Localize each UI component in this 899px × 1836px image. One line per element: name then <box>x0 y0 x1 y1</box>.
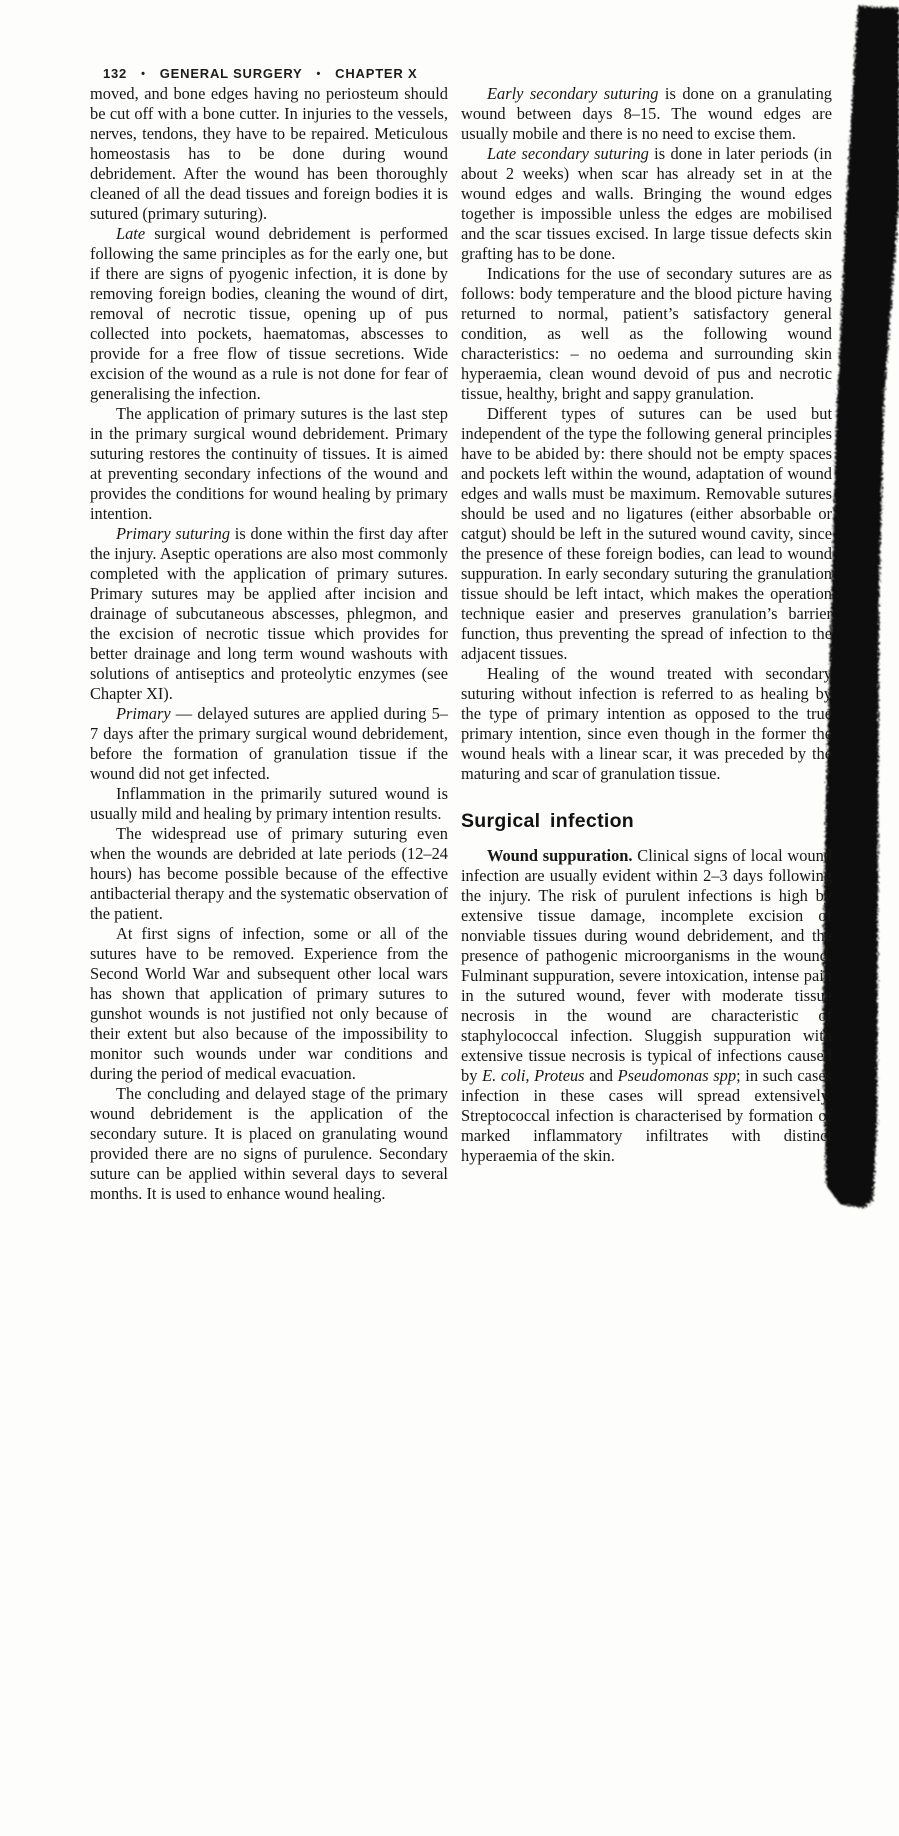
paragraph: Primary suturing is done within the firs… <box>90 524 448 704</box>
header-chapter-label: CHAPTER X <box>335 66 417 81</box>
header-bullet: • <box>141 68 146 80</box>
right-column: Early secondary suturing is done on a gr… <box>461 84 832 1204</box>
book-page-scan: 132•GENERAL SURGERY•CHAPTER X moved, and… <box>0 0 899 1836</box>
paragraph: Indications for the use of secondary sut… <box>461 264 832 404</box>
paragraph: Inflammation in the primarily sutured wo… <box>90 784 448 824</box>
paragraph: The application of primary sutures is th… <box>90 404 448 524</box>
italic-lead: Primary <box>116 704 171 723</box>
paragraph: Early secondary suturing is done on a gr… <box>461 84 832 144</box>
bold-lead: Wound suppuration. <box>487 846 633 865</box>
left-column: moved, and bone edges having no perioste… <box>90 84 448 1204</box>
section-heading: Surgical infection <box>461 811 832 831</box>
italic-lead: Late secondary suturing <box>487 144 649 163</box>
paragraph: Late surgical wound debridement is perfo… <box>90 224 448 404</box>
paragraph: Primary — delayed sutures are applied du… <box>90 704 448 784</box>
italic-lead: Late <box>116 224 145 243</box>
italic-lead: Primary suturing <box>116 524 230 543</box>
italic-species: Pseudomonas spp <box>618 1066 737 1085</box>
page-number: 132 <box>103 66 127 81</box>
paragraph: The concluding and delayed stage of the … <box>90 1084 448 1204</box>
paragraph: The widespread use of primary suturing e… <box>90 824 448 924</box>
paragraph: Wound suppuration. Clinical signs of loc… <box>461 846 832 1166</box>
two-column-text-block: moved, and bone edges having no perioste… <box>90 84 832 1204</box>
italic-lead: Early secondary suturing <box>487 84 658 103</box>
running-header: 132•GENERAL SURGERY•CHAPTER X <box>103 66 417 81</box>
header-bullet: • <box>317 68 322 80</box>
paragraph: Healing of the wound treated with second… <box>461 664 832 784</box>
italic-species: E. coli, Proteus <box>482 1066 585 1085</box>
paragraph: At first signs of infection, some or all… <box>90 924 448 1084</box>
paragraph: Late secondary suturing is done in later… <box>461 144 832 264</box>
header-section-title: GENERAL SURGERY <box>160 66 303 81</box>
paragraph: Different types of sutures can be used b… <box>461 404 832 664</box>
paragraph: moved, and bone edges having no perioste… <box>90 84 448 224</box>
